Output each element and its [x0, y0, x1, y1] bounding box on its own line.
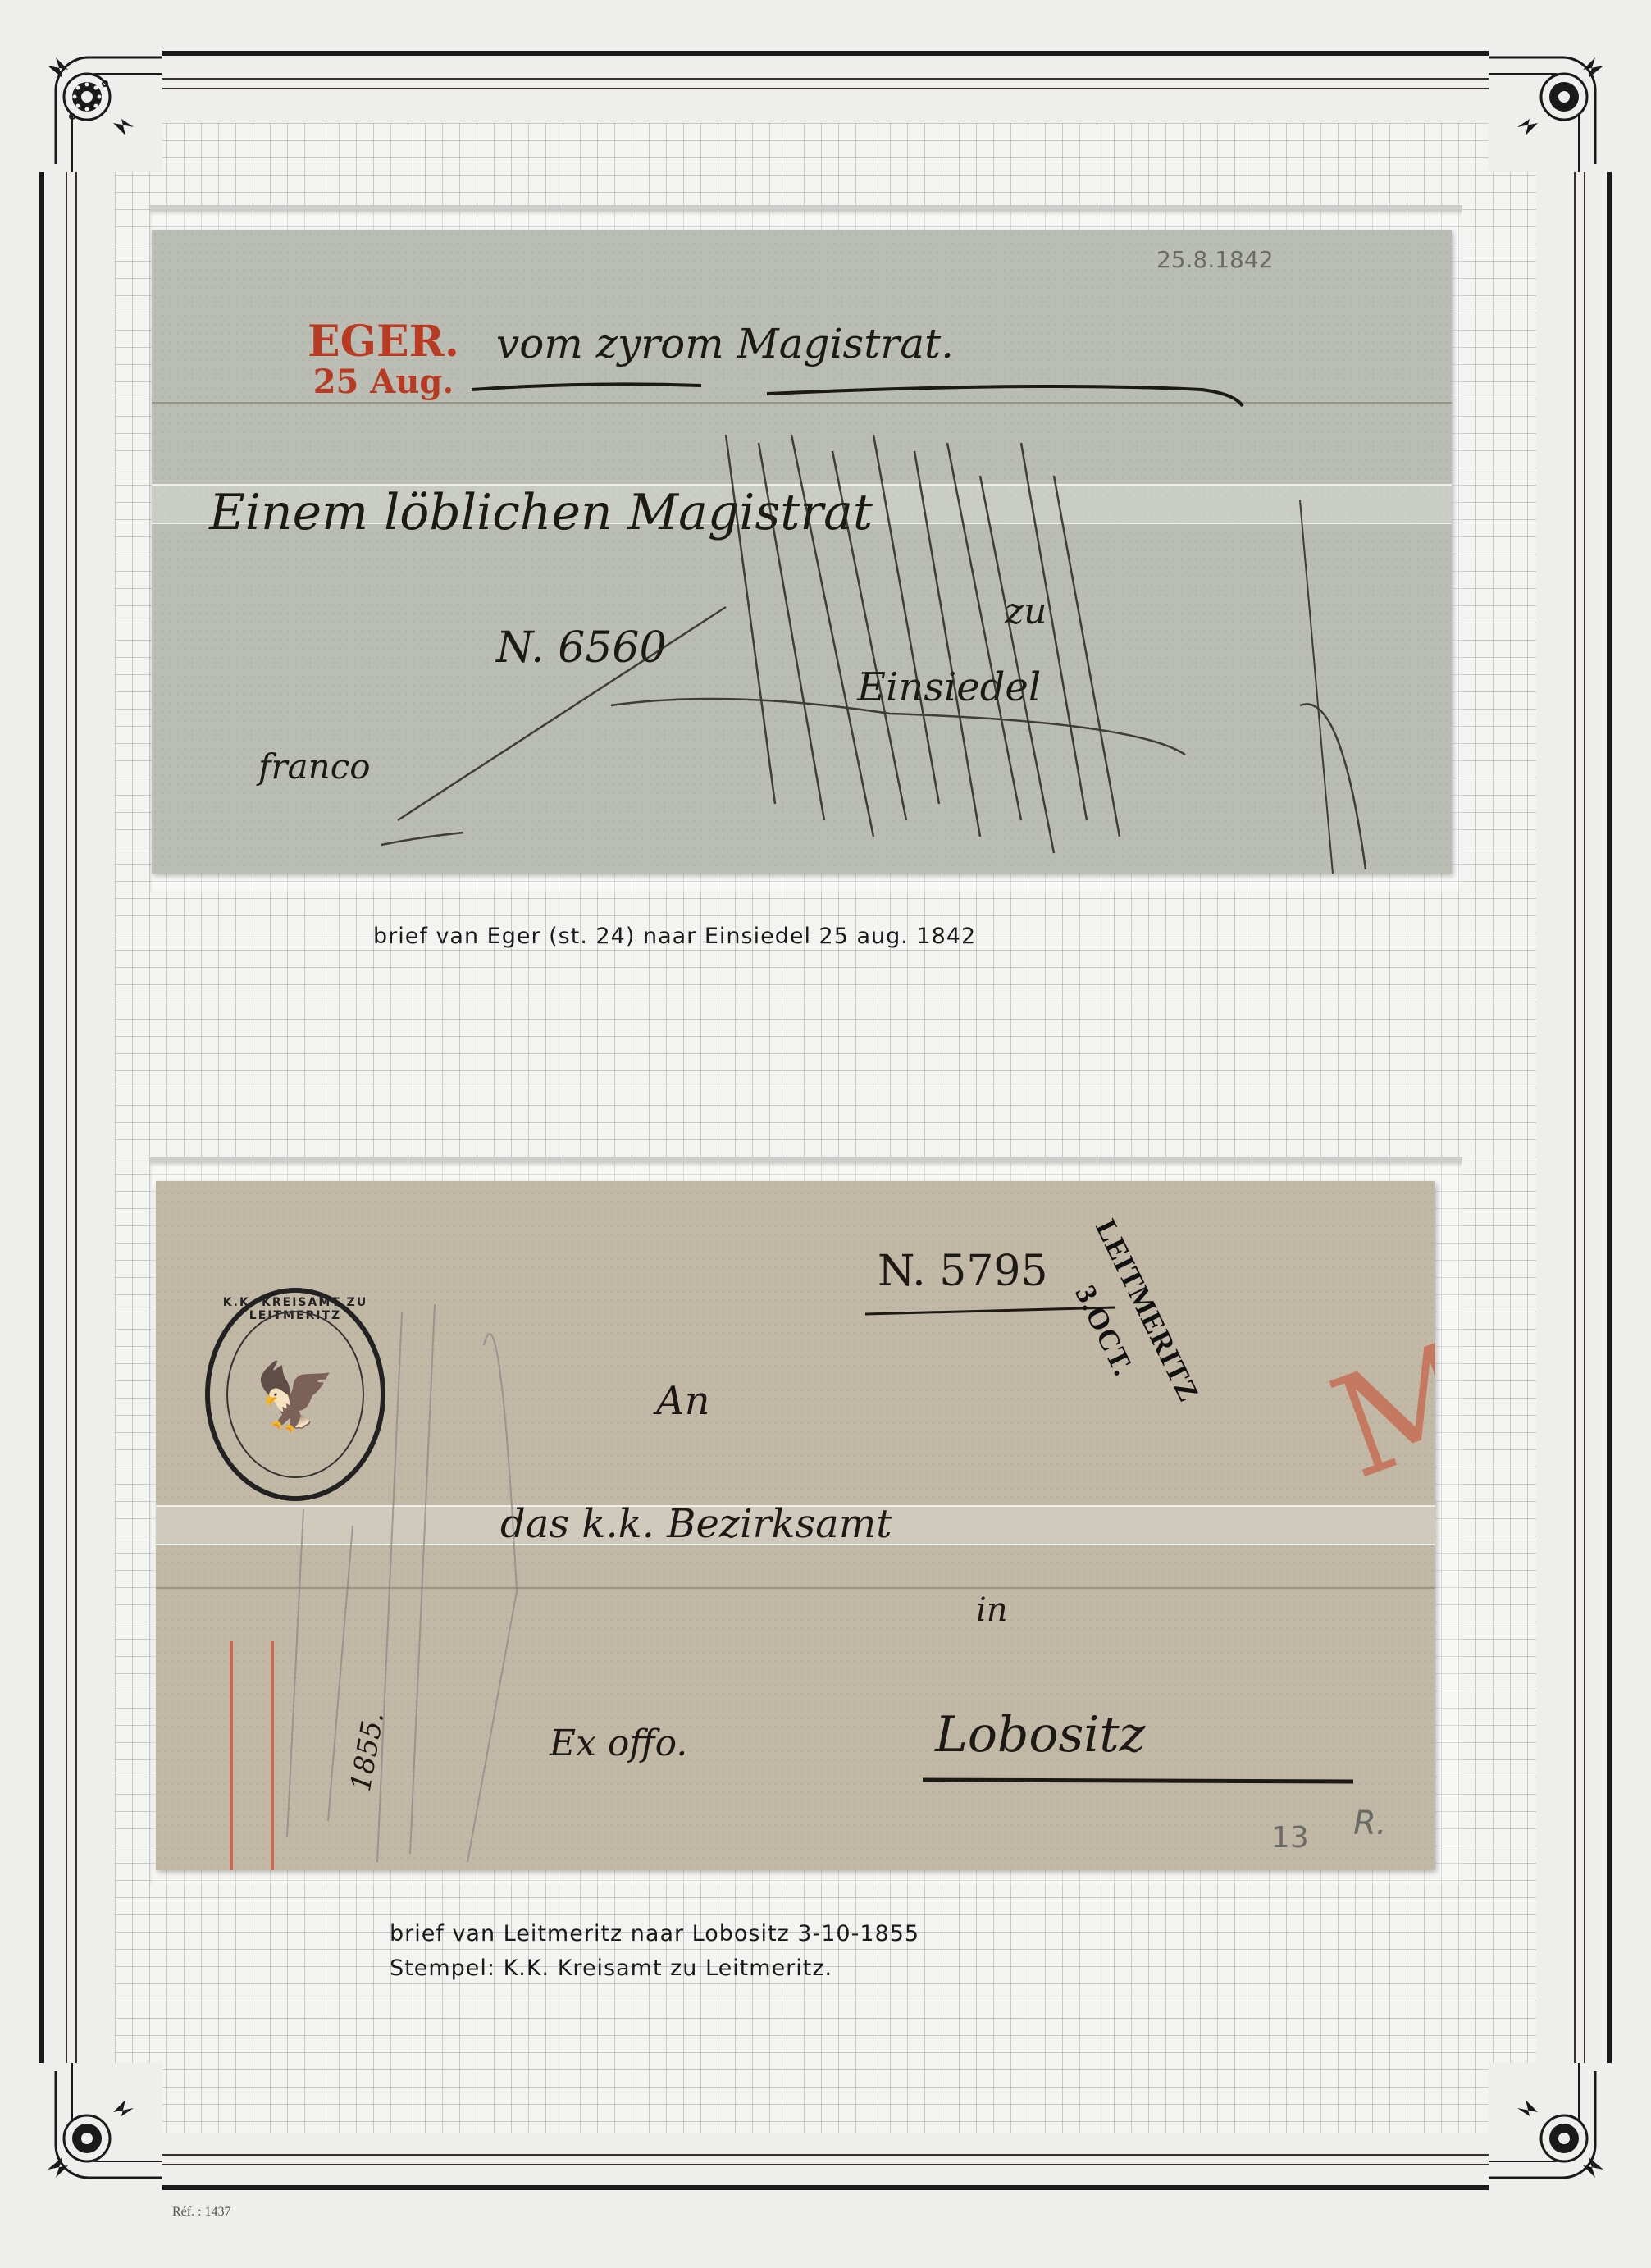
rosette-corner-ornament-icon [23, 33, 162, 172]
caption-cover-2-line-2: Stempel: K.K. Kreisamt zu Leitmeritz. [390, 1955, 832, 1981]
rosette-corner-ornament-icon [1489, 2063, 1628, 2202]
rosette-corner-ornament-icon [1489, 33, 1628, 172]
cover-leitmeritz-1855[interactable]: K.K. KREISAMT ZU LEITMERITZ 🦅 N. 5795 LE… [156, 1181, 1435, 1870]
rosette-corner-ornament-icon [23, 2063, 162, 2202]
handwriting-scribbles [152, 230, 1452, 874]
page-reference: Réf. : 1437 [172, 2205, 231, 2220]
caption-cover-2-line-1: brief van Leitmeritz naar Lobositz 3-10-… [390, 1921, 919, 1946]
caption-cover-1: brief van Eger (st. 24) naar Einsiedel 2… [373, 924, 976, 949]
pencil-scribbles [156, 1181, 1435, 1870]
cover-eger-1842[interactable]: EGER. 25 Aug. 25.8.1842 vom zyrom Magist… [152, 230, 1452, 874]
